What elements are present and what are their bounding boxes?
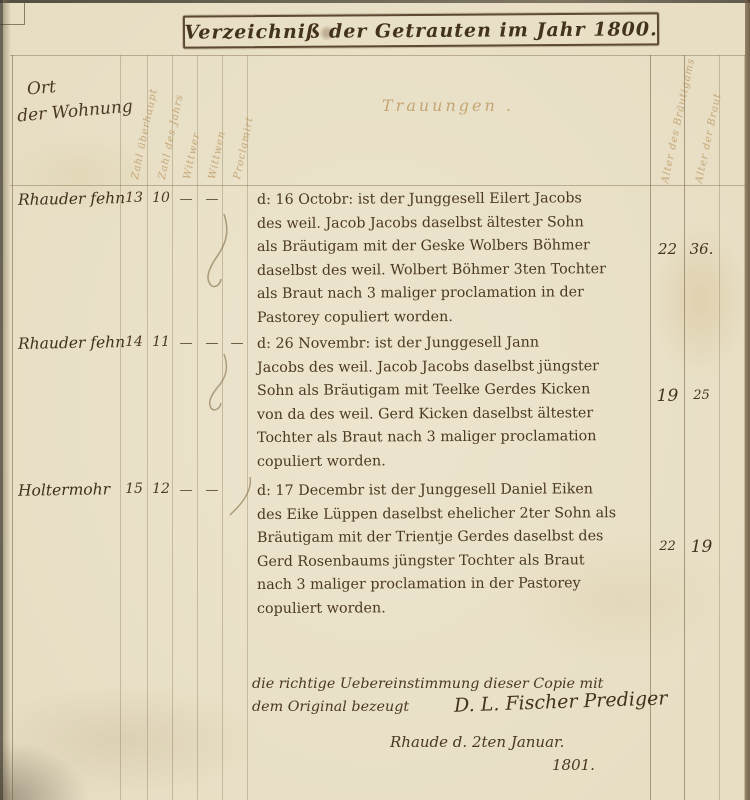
bride-age: 25 (685, 388, 718, 403)
header-groom-age: Alter des Bräutigams (660, 57, 697, 184)
entry-text: d: 26 Novembr: ist der Junggesell Jann J… (257, 332, 652, 474)
bride-age: 19 (685, 537, 718, 557)
ink-flourish (202, 352, 232, 414)
entry-dash: — (224, 336, 248, 351)
bride-age: 36. (685, 240, 718, 258)
column-rule (120, 55, 121, 800)
register-page: Verzeichniß der Getrauten im Jahr 1800. … (0, 0, 750, 800)
certification-place-date: Rhaude d. 2ten Januar. (390, 733, 564, 751)
header-narrow-col-1: Zahl überhaupt (130, 87, 160, 180)
entry-place: Rhauder fehn (18, 189, 125, 209)
header-marriages: Trauungen . (248, 96, 648, 115)
certification-line: die richtige Uebereinstimmung dieser Cop… (252, 676, 603, 692)
page-title: Verzeichniß der Getrauten im Jahr 1800. (184, 18, 658, 43)
entry-dash: — (173, 336, 197, 351)
header-narrow-col-5: Proclamirt (232, 116, 256, 181)
page-edge-right (745, 0, 750, 800)
header-narrow-col-4: Wittwen (207, 130, 228, 180)
corner-mark (0, 3, 25, 25)
page-corner-shade (0, 740, 90, 800)
ink-flourish (200, 212, 232, 292)
column-rule (744, 55, 745, 800)
page-edge-left-shade (3, 0, 11, 800)
certification-year: 1801. (552, 756, 595, 774)
entry-serial-number: 15 (121, 481, 147, 497)
column-rule (247, 55, 248, 800)
page-edge-top (0, 0, 750, 3)
column-rule (719, 55, 720, 800)
ink-flourish (228, 475, 254, 517)
column-rule (147, 55, 148, 800)
header-place-of-residence: Ort der Wohnung (26, 68, 134, 129)
header-narrow-col-3: Wittwer (182, 131, 203, 180)
column-rule (172, 55, 173, 800)
groom-age: 22 (651, 240, 684, 258)
entry-place: Holtermohr (18, 480, 110, 500)
entry-serial-number: 13 (121, 190, 147, 206)
certification-block: die richtige Uebereinstimmung dieser Cop… (252, 676, 692, 786)
certification-line: dem Original bezeugt (252, 699, 409, 715)
entry-dash: — (173, 192, 197, 207)
entry-text: d: 17 Decembr ist der Junggesell Daniel … (257, 479, 652, 621)
entry-dash: — (173, 483, 197, 498)
entry-year-number: 12 (148, 481, 174, 497)
entry-text: d: 16 Octobr: ist der Junggesell Eilert … (257, 188, 652, 330)
entry-place: Rhauder fehn (18, 333, 125, 353)
entry-year-number: 10 (148, 190, 174, 206)
entry-dash: — (199, 192, 223, 207)
groom-age: 19 (651, 386, 684, 406)
column-rule (12, 55, 13, 800)
column-rule (197, 55, 198, 800)
column-rule (222, 55, 223, 800)
entry-dash: — (199, 483, 223, 498)
entry-serial-number: 14 (121, 334, 147, 350)
title-box: Verzeichniß der Getrauten im Jahr 1800. (183, 12, 659, 48)
groom-age: 22 (651, 539, 684, 554)
entry-year-number: 11 (148, 334, 174, 350)
entry-dash: — (199, 336, 223, 351)
